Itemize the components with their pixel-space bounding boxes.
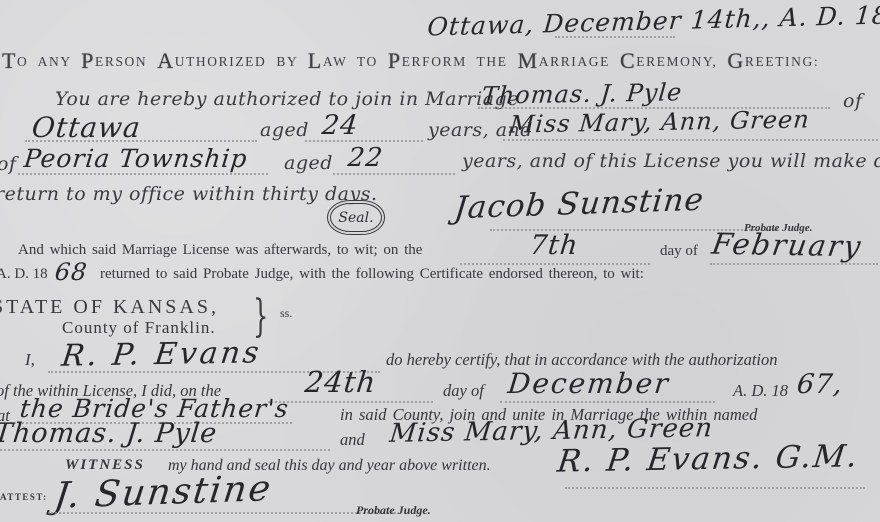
and-printed-text: and <box>340 430 365 450</box>
dotted-rule <box>333 173 455 175</box>
salutation-heading: TO ANY PERSON AUTHORIZED BY LAW TO PERFO… <box>2 50 819 72</box>
dotted-rule <box>305 140 423 142</box>
of-printed-text-2: of <box>0 153 16 175</box>
dotted-rule <box>460 263 650 265</box>
return-day-handwriting: 7th <box>528 230 580 261</box>
return-clause-printed-text: return to my office within thirty days. <box>0 183 378 205</box>
state-printed-text: STATE OF KANSAS, <box>0 296 219 319</box>
attest-label-printed-text: ATTEST: <box>0 492 48 502</box>
authorize-printed-text: You are hereby authorized to join in Mar… <box>55 88 519 110</box>
bride-residence-handwriting: Peoria Township <box>22 144 249 173</box>
attest-signature-handwriting: J. Sunstine <box>52 468 275 517</box>
return-month-handwriting: February <box>710 227 865 264</box>
groom-age-handwriting: 24 <box>320 110 360 141</box>
return-line2-printed-text: returned to said Probate Judge, with the… <box>100 266 644 283</box>
return-year-handwriting: 68 <box>54 258 89 286</box>
seal-label: Seal. <box>338 210 373 226</box>
dotted-rule <box>268 401 433 403</box>
cert-dayof-printed-text: day of <box>443 381 484 401</box>
witness-word-printed-text: WITNESS <box>65 457 145 474</box>
dotted-rule <box>25 140 257 142</box>
of-printed-text: of <box>843 90 862 112</box>
dotted-rule <box>555 36 675 38</box>
i-printed-text: I, <box>25 350 35 370</box>
aged-printed-text: aged <box>260 119 309 141</box>
dotted-rule <box>503 139 878 141</box>
officiant-name-handwriting: R. P. Evans <box>60 335 264 373</box>
return-line1-printed-text: And which said Marriage License was afte… <box>18 242 422 259</box>
dotted-rule <box>710 263 878 265</box>
bride-name-handwriting: Miss Mary, Ann, Green <box>509 105 811 138</box>
county-printed-text: County of Franklin. <box>62 318 216 338</box>
marriage-month-handwriting: December <box>506 367 671 400</box>
officiant-signature-handwriting: R. P. Evans. G.M. <box>555 438 861 479</box>
bride-age-handwriting: 22 <box>346 143 384 173</box>
dotted-rule <box>565 487 865 489</box>
attest-title-printed-text: Probate Judge. <box>356 503 431 518</box>
aged-printed-text-2: aged <box>284 152 333 174</box>
marriage-license-scan: Ottawa, December 14th,, A. D. 1867 TO AN… <box>0 0 880 522</box>
marriage-year-handwriting: 67, <box>795 369 844 400</box>
return-dayof-printed-text: day of <box>660 243 698 260</box>
seal-stamp: Seal. <box>330 203 382 232</box>
ss-printed-text: ss. <box>280 306 292 321</box>
cert-yearprefix-printed-text: A. D. 18 <box>733 381 788 401</box>
judge-signature-handwriting: Jacob Sunstine <box>453 182 706 227</box>
dotted-rule <box>0 449 330 451</box>
marriage-day-handwriting: 24th <box>303 365 378 399</box>
dotted-rule <box>18 173 268 175</box>
return-yearprefix-printed-text: A. D. 18 <box>0 266 48 283</box>
dotted-rule <box>48 512 396 514</box>
cert-groom-name-handwriting: Thomas. J. Pyle <box>0 418 219 449</box>
dotted-rule <box>500 401 715 403</box>
years-due-printed-text: years, and of this License you will make… <box>462 150 880 172</box>
groom-name-handwriting: Thomas. J. Pyle <box>481 78 684 109</box>
